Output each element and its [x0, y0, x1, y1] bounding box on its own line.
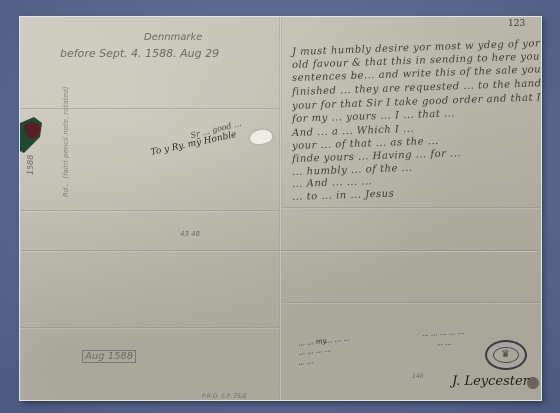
folio-mark-icon: [527, 377, 539, 389]
bottom-note-line: ... ...: [436, 339, 452, 348]
docket-date-box: Aug 1588: [82, 350, 136, 363]
crown-icon: ♛: [501, 349, 510, 360]
paper-hole: [249, 127, 274, 146]
fold-line: [282, 302, 541, 304]
bottom-note-line: ... ... ... ... ...: [422, 328, 465, 338]
folio-number: 123: [508, 19, 525, 29]
signature: J. Leycester: [452, 374, 529, 389]
bottom-note-line: ... ...: [298, 357, 314, 367]
docket-title: Dennmarke: [144, 32, 202, 43]
archive-reference: P.R.O. S.P. 75/2: [202, 393, 247, 400]
fold-line: [20, 108, 279, 110]
year-note: 1588: [26, 155, 35, 175]
manuscript-letter: 123 Dennmarke before Sept. 4. 1588. Aug …: [20, 17, 541, 400]
fold-line: [282, 207, 541, 209]
page-number: 148: [412, 373, 423, 380]
reference-numbers: 43 48: [180, 230, 200, 238]
fold-line: [20, 210, 279, 212]
wax-seal-icon: [20, 113, 46, 159]
letter-line: ... to ... in ... Jesus: [292, 188, 395, 204]
docket-date: before Sept. 4. 1588. Aug 29: [60, 47, 219, 60]
fold-line: [20, 250, 541, 252]
vertical-note: Rd... (faint pencil note, rotated): [62, 86, 70, 197]
fold-line: [20, 327, 279, 329]
archive-stamp-icon: ♛: [485, 340, 527, 370]
